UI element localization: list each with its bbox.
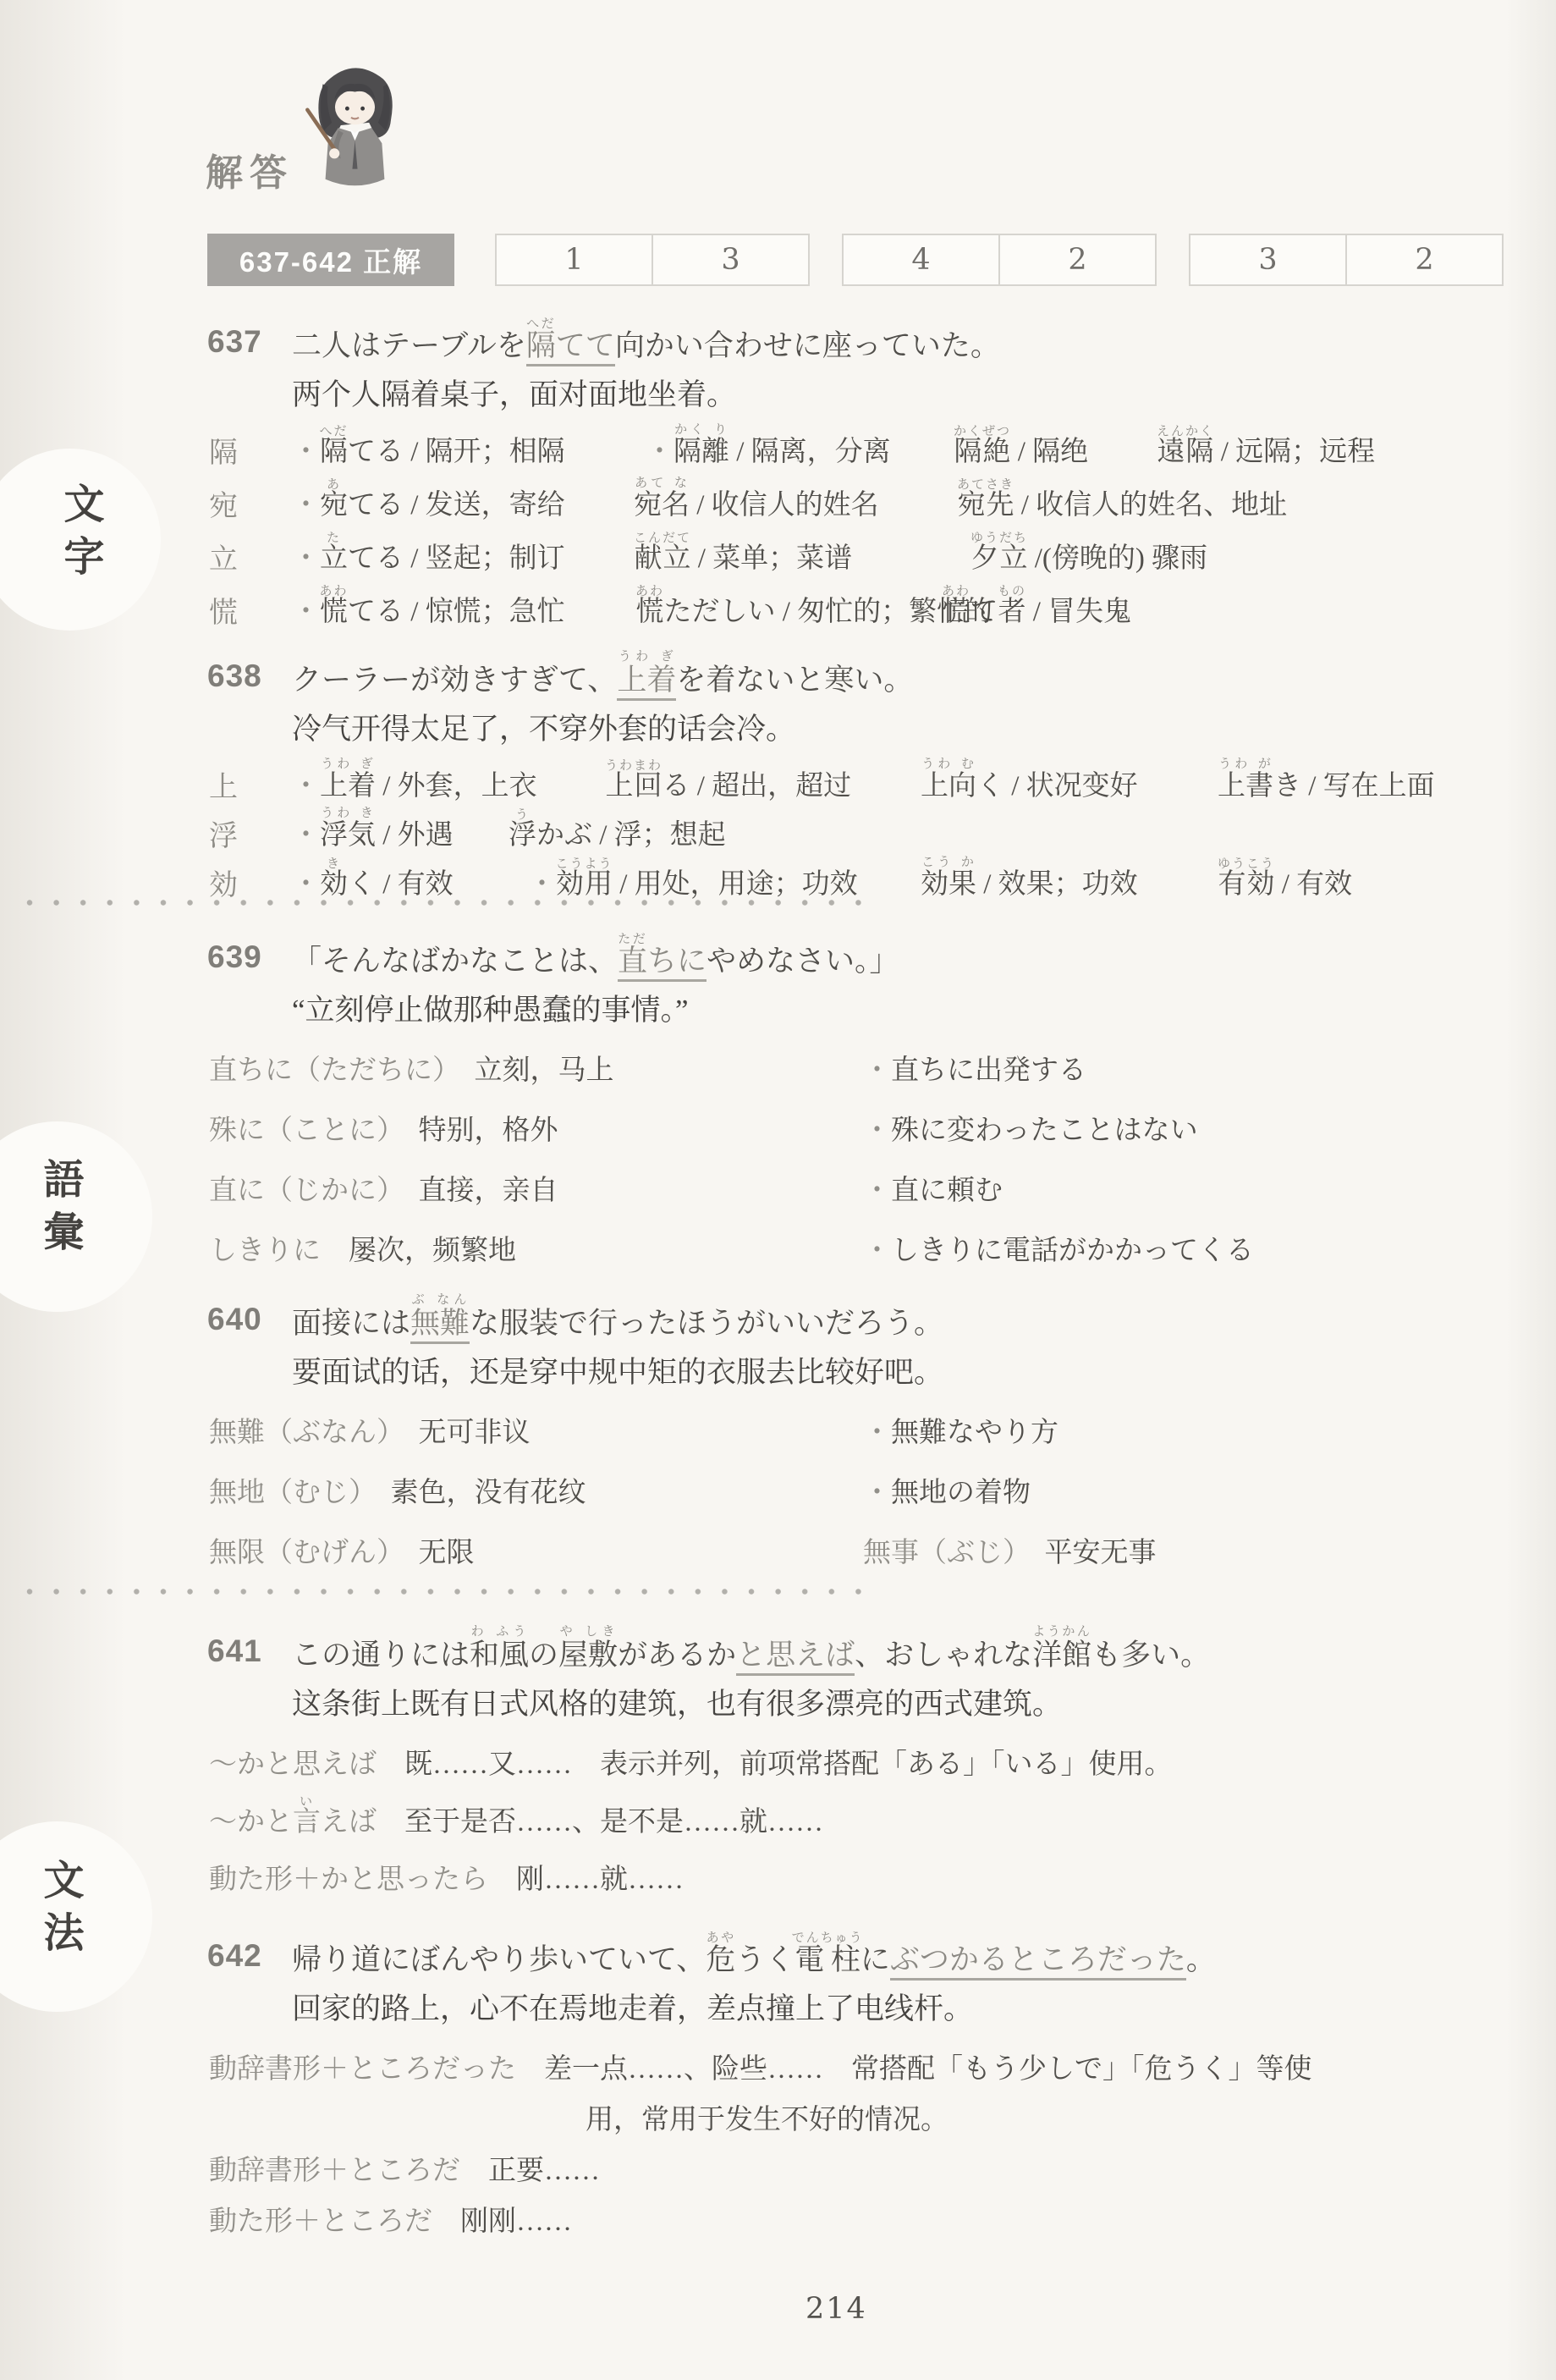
ruby-text: 言い	[293, 1807, 321, 1837]
vocab-example: ・無地の着物	[863, 1470, 1031, 1510]
question-number: 638	[207, 658, 262, 694]
vocab-example: ・殊に変わったことはない	[863, 1108, 1198, 1148]
grammar-lines: 〜かと思えば 既……又…… 表示并列，前项常搭配「ある」「いる」使用。〜かと言い…	[207, 1727, 1502, 1899]
kanji-row: 宛・宛あてる / 发送，寄给宛名あて な / 收信人的姓名宛先あてさき / 收信…	[207, 469, 1502, 522]
ruby-text: 上回うわまわ	[605, 771, 663, 802]
cn-translation: 这条街上既有日式风格的建筑，也有很多漂亮的西式建筑。	[207, 1681, 1502, 1720]
ruby-text: 夕立ゆうだち	[970, 543, 1028, 574]
text-segment: / 菜单；菜谱	[691, 543, 853, 574]
ruby-text: 効き	[320, 869, 348, 900]
ruby-text: 屋敷や しき	[558, 1639, 618, 1672]
kanji-item: 慌あわただしい / 匆忙的；繁忙的	[635, 576, 992, 629]
ruby-text: 宛先あてさき	[957, 490, 1014, 521]
text-segment: てる / 竖起；制订	[348, 543, 565, 574]
page-number: 214	[805, 2292, 867, 2326]
text-segment: と思えば	[736, 1639, 855, 1676]
text-segment: 屡次，频繁地	[321, 1236, 516, 1266]
grammar-lines: 動辞書形＋ところだった 差一点……、险些…… 常搭配「もう少しで」「危うく」等使…	[207, 2031, 1502, 2234]
grammar-line: 〜かと言いえば 至于是否……、是不是……就……	[207, 1784, 1502, 1842]
text-segment: / 远隔；远程	[1214, 437, 1376, 467]
ruby-text: 効果こう か	[921, 869, 976, 900]
kanji-item: 慌あわて者もの / 冒失鬼	[942, 576, 1131, 629]
text-segment: ぶつかるところだった	[890, 1943, 1186, 1981]
text-segment: 直接，亲自	[391, 1176, 558, 1206]
cn-translation: 要面试的话，还是穿中规中矩的衣服去比较好吧。	[207, 1349, 1502, 1388]
ruby-text: 上書うわ が	[1218, 771, 1273, 802]
ruby-text: 隔へだ	[320, 437, 348, 467]
ruby-text: 宛名あて な	[634, 490, 690, 521]
text-segment: 直ちに出発する	[891, 1055, 1086, 1086]
vocab-example: ・直に頼む	[863, 1168, 1003, 1208]
vocab-headword: 無難（ぶなん） 无可非议	[209, 1410, 531, 1450]
text-segment: てる / 惊慌；急忙	[348, 597, 565, 627]
text-segment: クーラーが効きすぎて、	[292, 664, 617, 697]
text-segment: 刚……就……	[488, 1865, 684, 1895]
textbook-answer-page: 文字 語彙 文法 解答 637-642 正解 134232 637二人はテーブル…	[0, 0, 1556, 2380]
kanji-item: 遠隔えんかく / 远隔；远程	[1157, 416, 1375, 469]
text-segment: 刚刚……	[432, 2206, 572, 2237]
text-segment: ・	[863, 1116, 891, 1146]
text-segment: / 冒失鬼	[1026, 597, 1132, 627]
text-segment: / 用处，用途；功效	[613, 869, 858, 900]
kanji-label: 立	[209, 536, 238, 577]
text-segment: 殊に変わったことはない	[891, 1116, 1198, 1146]
vocab-headword: 無限（むげん） 无限	[209, 1530, 475, 1570]
text-segment: 面接には	[292, 1307, 410, 1340]
kanji-item: 上向うわ むく / 状况变好	[921, 750, 1138, 803]
text-segment: を着ないと寒い。	[676, 664, 913, 697]
text-segment: て	[970, 597, 998, 627]
grammar-line: 動辞書形＋ところだ 正要……	[207, 2133, 1502, 2184]
ruby-text: 効用こうよう	[556, 869, 613, 900]
text-segment: /(傍晚的) 骤雨	[1028, 543, 1208, 574]
question-639: 639「そんなばかなことは、直ただちにやめなさい。」“立刻停止做那种愚蠢的事情。…	[207, 924, 1502, 1273]
text-segment: 平安无事	[1017, 1538, 1157, 1568]
text-segment: / 效果；功效	[976, 869, 1138, 900]
text-segment: があるか	[618, 1639, 736, 1672]
ruby-text: 和風わ ふう	[470, 1639, 529, 1672]
kanji-row: 浮・浮気うわ き / 外遇浮うかぶ / 浮；想起	[207, 799, 1502, 848]
text-segment: / 收信人的姓名、地址	[1014, 490, 1288, 521]
text-segment: 動た形＋ところだ	[209, 2206, 432, 2237]
kanji-item: ・上着うわ ぎ / 外套，上衣	[292, 750, 537, 803]
ruby-text: 上着うわ ぎ	[320, 771, 376, 802]
kanji-rows: 隔・隔へだてる / 隔开；相隔・隔離かく り / 隔离，分离隔絶かくぜつ / 隔…	[207, 416, 1502, 629]
text-segment: しきりに電話がかかってくる	[891, 1236, 1254, 1266]
text-segment: 動た形＋かと思ったら	[209, 1865, 488, 1895]
text-segment: てる / 隔开；相隔	[348, 437, 565, 467]
text-segment: に	[860, 1943, 890, 1976]
kanji-row: 隔・隔へだてる / 隔开；相隔・隔離かく り / 隔离，分离隔絶かくぜつ / 隔…	[207, 416, 1502, 469]
ruby-text: 遠隔えんかく	[1157, 437, 1214, 467]
text-segment: 殊に（ことに）	[209, 1116, 391, 1146]
text-segment: 無難なやり方	[891, 1418, 1058, 1448]
text-segment: ・	[292, 490, 320, 521]
kanji-label: 慌	[209, 589, 238, 631]
text-segment: 、おしゃれな	[855, 1639, 1032, 1672]
jp-sentence: 二人はテーブルを隔へだてて向かい合わせに座っていた。	[207, 309, 1502, 360]
question-642: 642帰り道にぼんやり歩いていて、危あやうく電柱でんちゅうにぶつかるところだった…	[207, 1923, 1502, 2234]
jp-sentence: 帰り道にぼんやり歩いていて、危あやうく電柱でんちゅうにぶつかるところだった。	[207, 1923, 1502, 1974]
kanji-item: 献立こんだて / 菜单；菜谱	[634, 522, 852, 576]
text-segment: 直に（じかに）	[209, 1176, 391, 1206]
text-segment: この通りには	[292, 1639, 470, 1672]
vocab-example: ・しきりに電話がかかってくる	[863, 1228, 1254, 1268]
kanji-label: 効	[209, 862, 238, 903]
text-segment: / 隔绝	[1011, 437, 1089, 467]
kanji-item: ・浮気うわ き / 外遇	[292, 799, 454, 852]
kanji-rows: 上・上着うわ ぎ / 外套，上衣上回うわまわる / 超出，超过上向うわ むく /…	[207, 750, 1502, 897]
text-segment: ・	[292, 543, 320, 574]
jp-sentence: この通りには和風わ ふうの屋敷や しきがあるかと思えば、おしゃれな洋館ようかんも…	[207, 1618, 1502, 1669]
text-segment: き / 写在上面	[1273, 771, 1435, 802]
sidebar-label-bunpo: 文法	[30, 1859, 89, 1964]
text-segment: ・	[292, 771, 320, 802]
question-number: 637	[207, 324, 262, 360]
text-segment: ・	[292, 437, 320, 467]
jp-sentence: 面接には無難ぶ なんな服装で行ったほうがいいだろう。	[207, 1286, 1502, 1337]
content: 637二人はテーブルを隔へだてて向かい合わせに座っていた。两个人隔着桌子，面对面…	[207, 0, 1502, 2380]
sidebar-label-moji: 文字	[51, 482, 109, 587]
text-segment: 差一点……、险些…… 常搭配「もう少しで」「危うく」等使	[516, 2054, 1312, 2085]
kanji-item: ・隔へだてる / 隔开；相隔	[292, 416, 565, 469]
kanji-row: 効・効きく / 有效・効用こうよう / 用处，用途；功效効果こう か / 效果；…	[207, 848, 1502, 897]
text-segment: ・	[292, 869, 320, 900]
text-segment: る / 超出，超过	[663, 771, 852, 802]
sidebar-label-goi: 語彙	[30, 1158, 89, 1263]
text-segment: 无限	[391, 1538, 475, 1568]
text-segment: 二人はテーブルを	[292, 329, 526, 362]
text-segment: 無事（ぶじ）	[863, 1538, 1017, 1568]
text-segment: / 隔离，分离	[729, 437, 891, 467]
question-number: 641	[207, 1633, 262, 1669]
text-segment: ・	[863, 1176, 891, 1206]
text-segment: ・	[292, 597, 320, 627]
ruby-text: 上向うわ む	[921, 771, 976, 802]
ruby-text: 者もの	[998, 597, 1026, 627]
grammar-line: 動た形＋ところだ 刚刚……	[207, 2184, 1502, 2234]
text-segment: 无可非议	[391, 1418, 531, 1448]
ruby-text: 洋館ようかん	[1032, 1639, 1091, 1672]
cn-translation: “立刻停止做那种愚蠢的事情。”	[207, 987, 1502, 1026]
vocab-pairs: 無難（ぶなん） 无可非议・無難なやり方無地（むじ） 素色，没有花纹・無地の着物無…	[207, 1395, 1502, 1575]
kanji-item: ・効用こうよう / 用处，用途；功效	[528, 848, 858, 901]
section-divider	[25, 899, 861, 906]
text-segment: 正要……	[460, 2156, 600, 2186]
kanji-item: 隔絶かくぜつ / 隔绝	[954, 416, 1088, 469]
kanji-item: 上書うわ がき / 写在上面	[1218, 750, 1435, 803]
kanji-item: ・立たてる / 竖起；制订	[292, 522, 565, 576]
text-segment: ・	[863, 1478, 891, 1508]
text-segment: うく	[735, 1943, 794, 1976]
text-segment: 動辞書形＋ところだった	[209, 2054, 516, 2085]
text-segment: 動辞書形＋ところだ	[209, 2156, 460, 2186]
text-segment: やめなさい。」	[707, 945, 899, 978]
kanji-item: 宛先あてさき / 收信人的姓名、地址	[957, 469, 1287, 522]
ruby-text: 危あや	[706, 1943, 735, 1976]
text-segment: / 有效	[1275, 869, 1353, 900]
text-segment: ・	[292, 820, 320, 851]
ruby-text: 隔絶かくぜつ	[954, 437, 1011, 467]
text-segment: てる / 发送，寄给	[348, 490, 565, 521]
text-segment: ・	[863, 1055, 891, 1086]
kanji-item: ・慌あわてる / 惊慌；急忙	[292, 576, 565, 629]
vocab-headword: 殊に（ことに） 特别，格外	[209, 1108, 558, 1148]
text-segment: 立刻，马上	[447, 1055, 614, 1086]
ruby-text: 上着うわ ぎ	[617, 664, 676, 701]
text-segment: かぶ / 浮；想起	[536, 820, 726, 851]
text-segment: 無地の着物	[891, 1478, 1031, 1508]
text-segment: 素色，没有花纹	[363, 1478, 586, 1508]
vocab-pair: 直ちに（ただちに） 立刻，马上・直ちに出発する	[207, 1033, 1502, 1093]
text-segment: ・	[863, 1418, 891, 1448]
ruby-text: 宛あ	[320, 490, 348, 521]
kanji-item: ・効きく / 有效	[292, 848, 454, 901]
ruby-text: 隔へだ	[526, 329, 556, 366]
cn-translation: 回家的路上，心不在焉地走着，差点撞上了电线杆。	[207, 1986, 1502, 2025]
grammar-line: 用，常用于发生不好的情况。	[207, 2082, 1502, 2133]
text-segment: 〜かと	[209, 1807, 293, 1837]
text-segment: てて	[556, 329, 615, 366]
question-number: 639	[207, 939, 262, 975]
text-segment: の	[529, 1639, 558, 1672]
vocab-pair: 無難（ぶなん） 无可非议・無難なやり方	[207, 1395, 1502, 1455]
ruby-text: 電柱でんちゅう	[794, 1943, 860, 1976]
kanji-item: ・宛あてる / 发送，寄给	[292, 469, 565, 522]
text-segment: 既……又…… 表示并列，前项常搭配「ある」「いる」使用。	[377, 1749, 1173, 1780]
kanji-item: 有効ゆうこう / 有效	[1218, 848, 1352, 901]
ruby-text: 慌あわ	[635, 597, 664, 627]
question-number: 640	[207, 1302, 262, 1337]
ruby-text: 直ただ	[618, 945, 647, 982]
ruby-text: 立た	[320, 543, 348, 574]
text-segment: 〜かと思えば	[209, 1749, 377, 1780]
kanji-item: 夕立ゆうだち /(傍晚的) 骤雨	[970, 522, 1207, 576]
text-segment: ・	[863, 1236, 891, 1266]
ruby-text: 有効ゆうこう	[1218, 869, 1275, 900]
cn-translation: 冷气开得太足了，不穿外套的话会冷。	[207, 706, 1502, 745]
vocab-headword: 直に（じかに） 直接，亲自	[209, 1168, 558, 1208]
text-segment: な服装で行ったほうがいいだろう。	[470, 1307, 943, 1340]
text-segment: 「そんなばかなことは、	[292, 945, 618, 978]
section-divider	[25, 1588, 861, 1595]
kanji-item: 効果こう か / 效果；功效	[921, 848, 1138, 901]
vocab-example: 無事（ぶじ） 平安无事	[863, 1530, 1157, 1570]
jp-sentence: 「そんなばかなことは、直ただちにやめなさい。」	[207, 924, 1502, 975]
ruby-text: 慌あわ	[320, 597, 348, 627]
cn-translation: 两个人隔着桌子，面对面地坐着。	[207, 372, 1502, 410]
text-segment: / 收信人的姓名	[690, 490, 879, 521]
text-segment: も多い。	[1091, 1639, 1210, 1672]
jp-sentence: クーラーが効きすぎて、上着うわ ぎを着ないと寒い。	[207, 643, 1502, 694]
question-number: 642	[207, 1938, 262, 1974]
text-segment: 直ちに（ただちに）	[209, 1055, 447, 1086]
vocab-pair: 無地（むじ） 素色，没有花纹・無地の着物	[207, 1455, 1502, 1515]
vocab-pair: 直に（じかに） 直接，亲自・直に頼む	[207, 1153, 1502, 1213]
question-637: 637二人はテーブルを隔へだてて向かい合わせに座っていた。两个人隔着桌子，面对面…	[207, 309, 1502, 629]
text-segment: しきりに	[209, 1236, 321, 1266]
vocab-pair: 無限（むげん） 无限無事（ぶじ） 平安无事	[207, 1515, 1502, 1575]
text-segment: 無難（ぶなん）	[209, 1418, 391, 1448]
text-segment: ・	[646, 437, 674, 467]
vocab-example: ・直ちに出発する	[863, 1048, 1086, 1088]
kanji-item: 浮うかぶ / 浮；想起	[509, 799, 726, 852]
vocab-pairs: 直ちに（ただちに） 立刻，马上・直ちに出発する殊に（ことに） 特别，格外・殊に変…	[207, 1033, 1502, 1273]
text-segment: 向かい合わせに座っていた。	[615, 329, 1000, 362]
kanji-row: 慌・慌あわてる / 惊慌；急忙慌あわただしい / 匆忙的；繁忙的慌あわて者もの …	[207, 576, 1502, 629]
vocab-pair: しきりに 屡次，频繁地・しきりに電話がかかってくる	[207, 1213, 1502, 1273]
vocab-pair: 殊に（ことに） 特别，格外・殊に変わったことはない	[207, 1093, 1502, 1153]
ruby-text: 隔離かく り	[674, 437, 729, 467]
text-segment: 特别，格外	[391, 1116, 558, 1146]
text-segment: 直に頼む	[891, 1176, 1003, 1206]
ruby-text: 浮う	[509, 820, 536, 851]
kanji-item: 宛名あて な / 收信人的姓名	[634, 469, 879, 522]
ruby-text: 献立こんだて	[634, 543, 691, 574]
vocab-example: ・無難なやり方	[863, 1410, 1058, 1450]
text-segment: 無限（むげん）	[209, 1538, 391, 1568]
text-segment: 用，常用于发生不好的情况。	[586, 2105, 948, 2135]
text-segment: 。	[1186, 1943, 1216, 1976]
text-segment: えば	[321, 1807, 377, 1837]
kanji-label: 宛	[209, 482, 238, 524]
grammar-line: 〜かと思えば 既……又…… 表示并列，前项常搭配「ある」「いる」使用。	[207, 1727, 1502, 1784]
vocab-headword: 無地（むじ） 素色，没有花纹	[209, 1470, 586, 1510]
ruby-text: 慌あわ	[942, 597, 970, 627]
text-segment: 帰り道にぼんやり歩いていて、	[292, 1943, 706, 1976]
ruby-text: 浮気うわ き	[320, 820, 376, 851]
text-segment: / 外遇	[376, 820, 454, 851]
grammar-line: 動辞書形＋ところだった 差一点……、险些…… 常搭配「もう少しで」「危うく」等使	[207, 2031, 1502, 2082]
text-segment: く / 状况变好	[976, 771, 1138, 802]
question-640: 640面接には無難ぶ なんな服装で行ったほうがいいだろう。要面试的话，还是穿中规…	[207, 1286, 1502, 1575]
kanji-row: 立・立たてる / 竖起；制订献立こんだて / 菜单；菜谱夕立ゆうだち /(傍晚的…	[207, 522, 1502, 576]
ruby-text: 無難ぶ なん	[410, 1307, 470, 1344]
text-segment: く / 有效	[348, 869, 454, 900]
text-segment: 無地（むじ）	[209, 1478, 363, 1508]
text-segment: ちに	[647, 945, 707, 982]
vocab-headword: しきりに 屡次，频繁地	[209, 1228, 516, 1268]
kanji-item: 上回うわまわる / 超出，超过	[605, 750, 851, 803]
kanji-label: 隔	[209, 429, 238, 471]
kanji-item: ・隔離かく り / 隔离，分离	[646, 416, 891, 469]
kanji-row: 上・上着うわ ぎ / 外套，上衣上回うわまわる / 超出，超过上向うわ むく /…	[207, 750, 1502, 799]
text-segment: ・	[528, 869, 556, 900]
text-segment: / 外套，上衣	[376, 771, 537, 802]
question-641: 641この通りには和風わ ふうの屋敷や しきがあるかと思えば、おしゃれな洋館よう…	[207, 1618, 1502, 1899]
grammar-line: 動た形＋かと思ったら 刚……就……	[207, 1842, 1502, 1899]
question-638: 638クーラーが効きすぎて、上着うわ ぎを着ないと寒い。冷气开得太足了，不穿外套…	[207, 643, 1502, 897]
text-segment: 至于是否……、是不是……就……	[377, 1807, 823, 1837]
vocab-headword: 直ちに（ただちに） 立刻，马上	[209, 1048, 614, 1088]
